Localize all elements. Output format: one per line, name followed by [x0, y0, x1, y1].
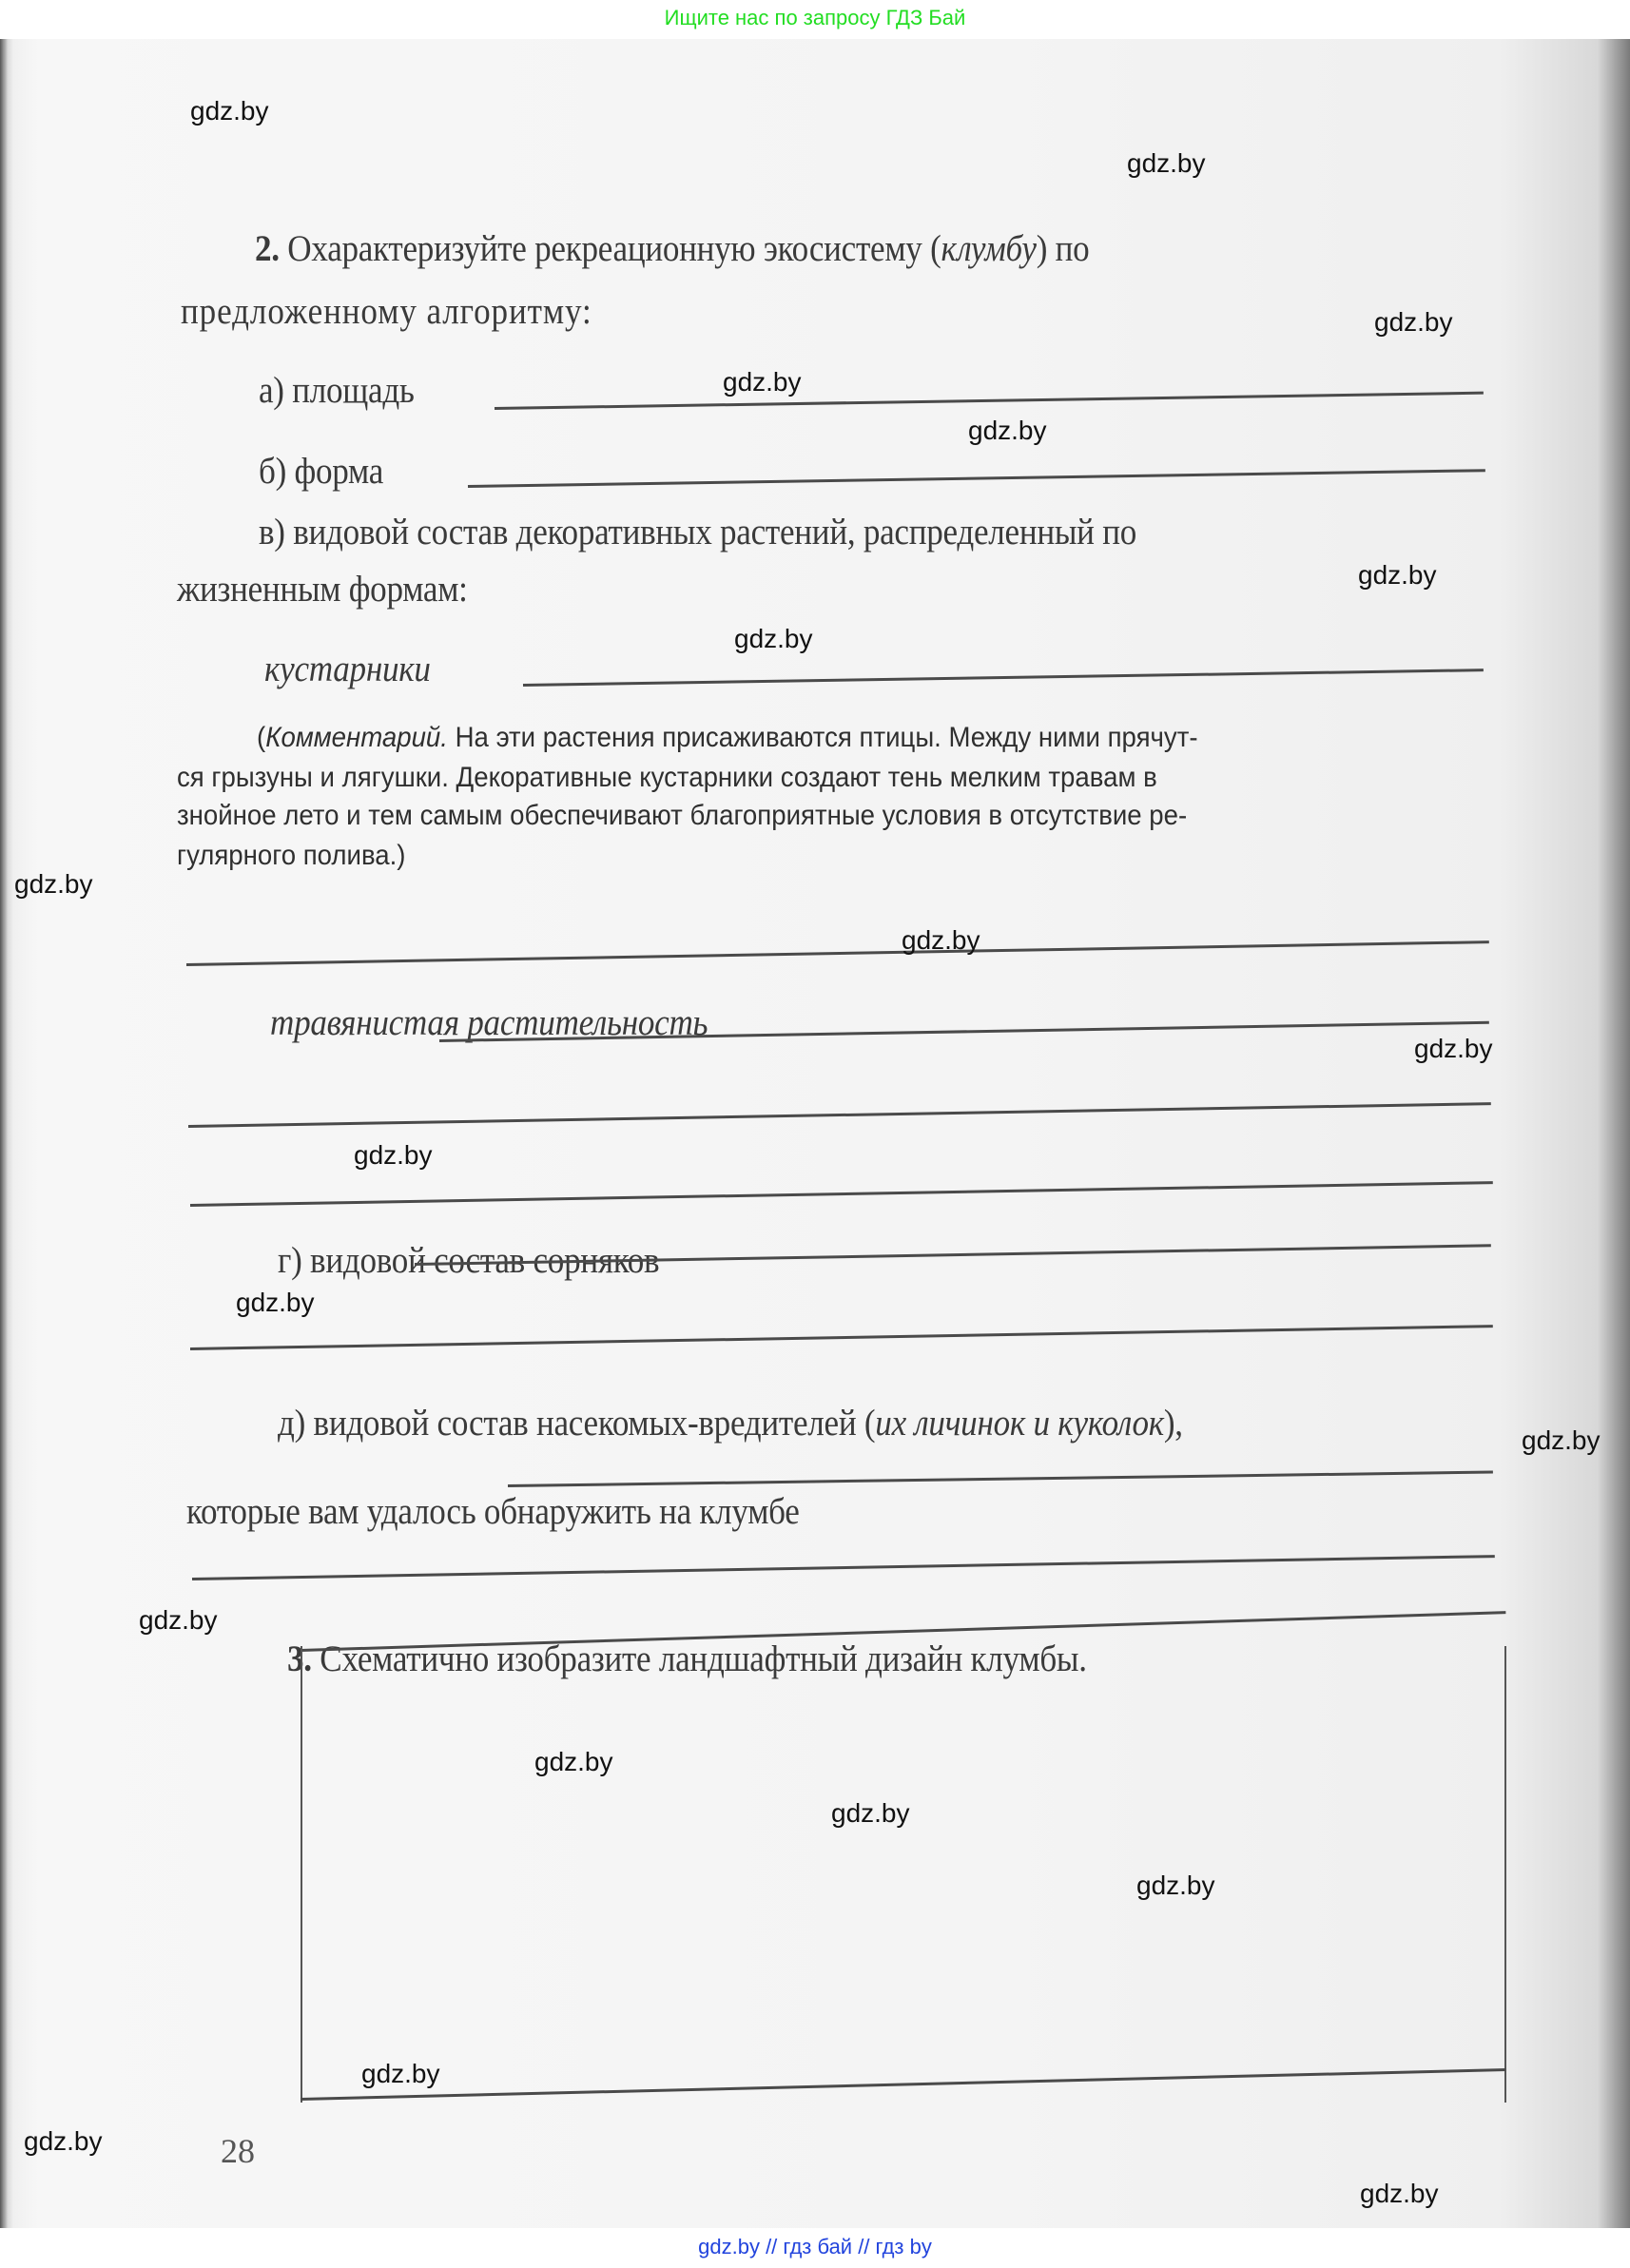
task2-intro-line2: предложенному алгоритму: — [181, 290, 592, 333]
comment-line-2: ся грызуны и лягушки. Декоративные куста… — [177, 762, 1157, 794]
comment-line-4: гулярного полива.) — [177, 840, 406, 872]
watermark: gdz.by — [1522, 1425, 1601, 1456]
watermark: gdz.by — [723, 367, 802, 397]
answer-line-pests-2[interactable] — [192, 1555, 1495, 1580]
watermark: gdz.by — [24, 2126, 103, 2157]
watermark: gdz.by — [734, 624, 813, 654]
drawing-box[interactable] — [301, 1646, 1506, 2103]
watermark: gdz.by — [534, 1747, 613, 1777]
answer-line-grass-3[interactable] — [190, 1181, 1493, 1207]
item-v-line2: жизненным формам: — [177, 568, 468, 611]
item-d-line2: которые вам удалось обнаружить на клумбе — [186, 1490, 800, 1533]
answer-line-grass-2[interactable] — [188, 1102, 1491, 1128]
task2-intro: 2. Охарактеризуйте рекреационную экосист… — [255, 227, 1089, 270]
watermark: gdz.by — [1127, 148, 1206, 179]
task2-number: 2. — [255, 228, 280, 269]
watermark: gdz.by — [1360, 2179, 1439, 2209]
item-a-label: а) площадь — [259, 369, 415, 412]
shrubs-label: кустарники — [264, 648, 431, 690]
answer-line-shrubs-2[interactable] — [186, 940, 1489, 966]
item-d-line1: д) видовой состав насекомых-вредителей (… — [278, 1402, 1183, 1444]
top-banner[interactable]: Ищите нас по запросу ГДЗ Бай — [0, 0, 1630, 38]
watermark: gdz.by — [1358, 560, 1437, 591]
watermark: gdz.by — [902, 925, 980, 956]
watermark: gdz.by — [139, 1605, 218, 1636]
watermark: gdz.by — [14, 869, 93, 900]
watermark: gdz.by — [1136, 1871, 1215, 1901]
watermark: gdz.by — [968, 416, 1047, 446]
comment-line-3: знойное лето и тем самым обеспечивают бл… — [177, 800, 1187, 832]
bottom-banner[interactable]: gdz.by // гдз бай // гдз by — [0, 2230, 1630, 2268]
answer-line-weeds-2[interactable] — [190, 1325, 1493, 1350]
page-number: 28 — [221, 2131, 255, 2171]
workbook-page: 2. Охарактеризуйте рекреационную экосист… — [0, 39, 1630, 2228]
answer-line-area[interactable] — [495, 392, 1484, 410]
answer-line-pests[interactable] — [508, 1471, 1493, 1487]
watermark: gdz.by — [354, 1140, 433, 1171]
watermark: gdz.by — [1374, 307, 1453, 338]
watermark: gdz.by — [361, 2059, 440, 2089]
answer-line-shrubs[interactable] — [523, 669, 1484, 687]
watermark: gdz.by — [190, 96, 269, 126]
comment-line-1: (Комментарий. На эти растения присаживаю… — [257, 722, 1198, 754]
watermark: gdz.by — [236, 1288, 315, 1318]
item-b-label: б) форма — [259, 450, 383, 493]
answer-line-form[interactable] — [468, 469, 1485, 488]
item-v-line1: в) видовой состав декоративных растений,… — [259, 511, 1136, 553]
watermark: gdz.by — [1414, 1034, 1493, 1064]
watermark: gdz.by — [831, 1798, 910, 1829]
